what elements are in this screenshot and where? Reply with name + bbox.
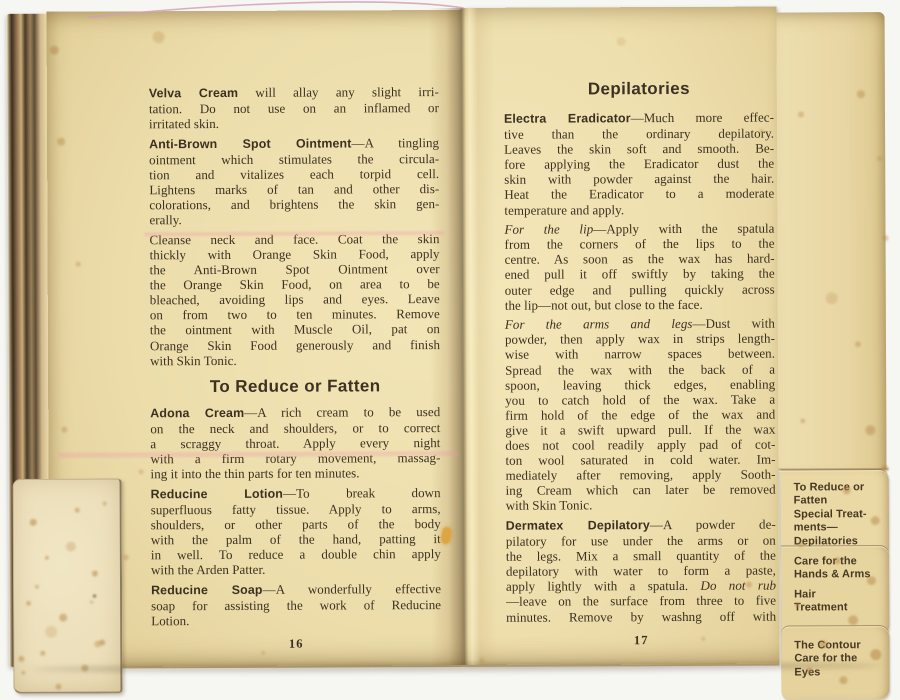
text-line: powder, then apply wax in strips length- <box>505 331 775 347</box>
product-name: Reducine Lotion <box>151 486 283 501</box>
text-line: soap for assisting the work of Reducine <box>151 597 441 613</box>
product-name: Dermatex Depilatory <box>506 518 650 533</box>
text-line: the legs. Mix a small quantity of the <box>506 548 776 564</box>
divider-sheet-edge <box>777 12 887 470</box>
text-line: For the lip—Apply with the spatula <box>504 221 774 237</box>
paragraph: For the lip—Apply with the spatulafrom t… <box>504 221 774 313</box>
section-heading: To Reduce or Fatten <box>150 376 440 397</box>
paragraph: Dermatex Depilatory—A powder de-pilatory… <box>506 517 776 625</box>
text-line: ened pull it off swiftly by taking the <box>505 266 775 282</box>
left-page-text: Velva Cream will allay any slight irri-t… <box>149 84 441 652</box>
blank-flipped-tab <box>13 478 123 693</box>
text-line: Heat the Eradicator to a moderate <box>504 186 774 202</box>
text-line: shoulders, or other parts of the body <box>151 516 441 532</box>
text-line: Leaves the skin soft and smooth. Be- <box>504 141 774 157</box>
text-line: centre. As soon as the wax has hard- <box>505 251 775 267</box>
page-number: 16 <box>151 636 441 652</box>
section-heading: Depilatories <box>504 79 774 100</box>
text-line: mediately after removing, apply Sooth- <box>506 467 776 483</box>
paragraph: For the arms and legs—Dust withpowder, t… <box>505 316 776 513</box>
product-name: Velva Cream <box>149 86 238 100</box>
page-number: 17 <box>506 632 776 648</box>
text-line: irritated skin. <box>149 115 439 131</box>
text-line: apply lightly with a spatula. Do not rub <box>506 578 776 594</box>
index-tab-depilatories[interactable]: To Reduce orFattenSpecial Treat-ments—De… <box>781 470 889 557</box>
foxing-spots <box>0 0 898 2</box>
tab-label-line: Hair <box>781 588 889 602</box>
text-line: on from two to ten minutes. Remove <box>150 306 440 322</box>
product-name: For the arms and legs <box>505 316 693 332</box>
paragraph: Reducine Soap—A wonderfully effectivesoa… <box>151 581 441 629</box>
text-line: Adona Cream—A rich cream to be used <box>150 404 440 421</box>
booklet-scan: To Reduce orFattenSpecial Treat-ments—De… <box>0 0 900 700</box>
paragraph: Electra Eradicator—Much more effec-tive … <box>504 110 774 218</box>
text-line: with Skin Tonic. <box>506 497 776 513</box>
text-line: from the corners of the lips to the <box>505 236 775 252</box>
text-line: temperature and apply. <box>504 201 774 217</box>
text-line: —leave on the surface from three to five <box>506 593 776 609</box>
text-line: For the arms and legs—Dust with <box>505 316 775 332</box>
text-line: colorations, and brightens the skin gen- <box>149 196 439 212</box>
tab-label-line: Hands & Arms <box>781 568 889 582</box>
text-line: tation. Do not use on an inflamed or <box>149 100 439 116</box>
text-line: with the palm of the hand, patting it <box>151 531 441 547</box>
text-line: tion and vitalizes each torpid cell. <box>149 166 439 182</box>
right-page-text: DepilatoriesElectra Eradicator—Much more… <box>504 79 776 649</box>
tab-label-line: ments— <box>781 521 889 535</box>
text-line: firm hold of the edge of the wax and <box>505 406 775 422</box>
text-line: with the Arden Patter. <box>151 561 441 577</box>
text-line: on the neck and shoulders, or to correct <box>150 420 440 436</box>
index-tab-hands-arms-hair[interactable]: Care for theHands & ArmsHairTreatment <box>781 546 889 635</box>
text-line: Velva Cream will allay any slight irri- <box>149 84 439 101</box>
tab-label-line: Special Treat- <box>781 508 889 522</box>
text-line: tive than the ordinary depilatory. <box>504 126 774 142</box>
product-name: Reducine Soap <box>151 583 263 597</box>
text-line: bleached, avoiding lips and eyes. Leave <box>150 291 440 307</box>
paragraph: Adona Cream—A rich cream to be usedon th… <box>150 404 440 482</box>
text-line: pilatory for use under the arms or on <box>506 533 776 549</box>
product-name: Anti-Brown Spot Ointment <box>149 136 351 151</box>
text-line: the Anti-Brown Spot Ointment over <box>150 261 440 277</box>
text-line: thickly with Orange Skin Food, apply <box>150 246 440 262</box>
tab-label-line: Fatten <box>781 494 889 508</box>
text-line: spoon, leaving thick edges, enabling <box>505 376 775 392</box>
open-booklet: To Reduce orFattenSpecial Treat-ments—De… <box>0 0 900 700</box>
text-line: ton wool saturated in cold water. Im- <box>505 452 775 468</box>
text-line: the ointment with Muscle Oil, pat on <box>150 321 440 337</box>
text-line: Cleanse neck and face. Coat the skin <box>149 231 439 247</box>
paragraph: Cleanse neck and face. Coat the skinthic… <box>149 231 440 368</box>
text-line: Lotion. <box>151 612 441 628</box>
text-line: wise with narrow spaces between. <box>505 346 775 362</box>
text-line: erally. <box>149 211 439 227</box>
tab-label-line: To Reduce or <box>781 481 889 495</box>
text-line: fore applying the Eradicator dust the <box>504 156 774 172</box>
tab-label-line: The Contour <box>781 639 889 653</box>
text-line: Reducine Lotion—To break down <box>151 485 441 502</box>
text-line: Orange Skin Food generously and finish <box>150 337 440 353</box>
text-line: the lip—not out, but close to the face. <box>505 296 775 312</box>
text-line: outer edge and pulling quickly across <box>505 281 775 297</box>
text-line: give it a swift upward pull. If the wax <box>505 421 775 437</box>
text-line: you to catch hold of the wax. Take a <box>505 391 775 407</box>
text-line: superfluous fatty tissue. Apply to arms, <box>151 501 441 517</box>
text-line: ing it into the thin parts for ten minut… <box>151 465 441 481</box>
index-tab-contour-eyes[interactable]: The ContourCare for theEyes <box>781 626 889 699</box>
text-line: Reducine Soap—A wonderfully effective <box>151 581 441 598</box>
text-line: Dermatex Depilatory—A powder de- <box>506 517 776 534</box>
text-line: ointment which stimulates the circula- <box>149 151 439 167</box>
text-line: ing Cream which can later be removed <box>506 482 776 498</box>
text-line: a scraggy throat. Apply every night <box>150 435 440 451</box>
product-name: Electra Eradicator <box>504 111 631 126</box>
paragraph: Reducine Lotion—To break downsuperfluous… <box>151 485 441 578</box>
tab-label-line: Treatment <box>781 601 889 615</box>
text-line: minutes. Remove by washng off with <box>506 608 776 624</box>
text-line: the Orange Skin Food, on area to be <box>150 276 440 292</box>
text-line: Electra Eradicator—Much more effec- <box>504 110 774 127</box>
text-line: Spread the wax with the back of a <box>505 361 775 377</box>
tab-label-line: Care for the <box>781 555 889 569</box>
text-line: with a firm rotary movement, massag- <box>150 450 440 466</box>
text-line: with Skin Tonic. <box>150 352 440 368</box>
text-line: Anti-Brown Spot Ointment—A tingling <box>149 135 439 152</box>
text-line: skin with powder against the hair. <box>504 171 774 187</box>
text-line: depilatory with water to form a paste, <box>506 563 776 579</box>
text-line: in well. To reduce a double chin apply <box>151 546 441 562</box>
product-name: Adona Cream <box>150 406 244 420</box>
paragraph: Velva Cream will allay any slight irri-t… <box>149 84 439 132</box>
text-line: does not cool readily apply pad of cot- <box>505 437 775 453</box>
paragraph: Anti-Brown Spot Ointment—A tinglingointm… <box>149 135 439 228</box>
text-line: Lightens marks of tan and other dis- <box>149 181 439 197</box>
product-name: For the lip <box>504 222 593 237</box>
